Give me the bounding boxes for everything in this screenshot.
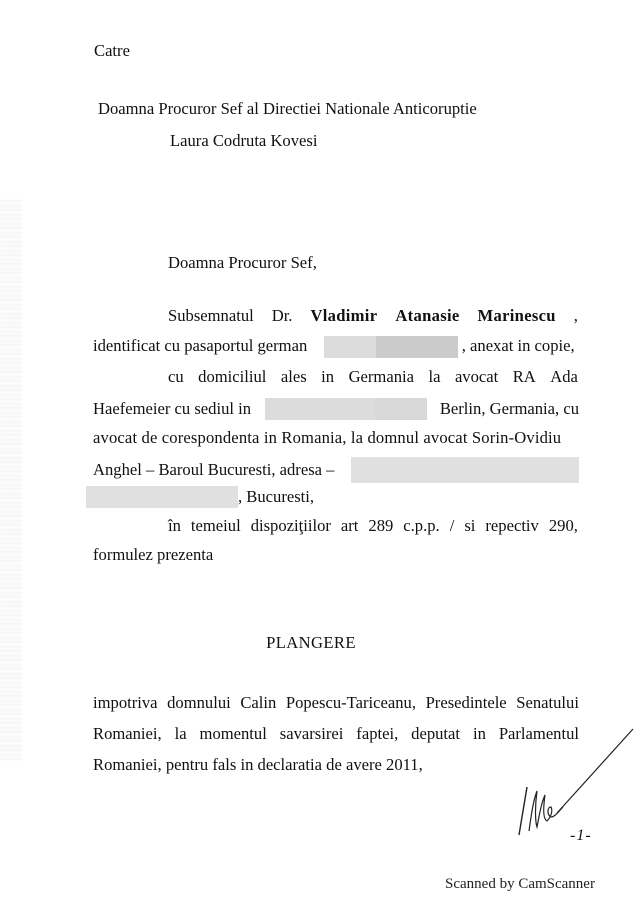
complainant-last-name: Marinescu — [478, 306, 556, 326]
body-line-3: Romaniei, pentru fals in declaratia de a… — [93, 755, 423, 775]
word: Calin — [240, 693, 276, 713]
scanner-watermark: Scanned by CamScanner — [445, 876, 595, 893]
word: cu — [168, 367, 184, 387]
word: Ada — [550, 367, 578, 387]
intro-line-4: Haefemeier cu sediul in Berlin, Germania… — [93, 398, 579, 420]
intro-word: Subsemnatul — [168, 306, 254, 326]
word: 290, — [549, 516, 578, 536]
word: impotriva — [93, 693, 158, 713]
complainant-middle-name: Atanasie — [395, 306, 459, 326]
word: avocat — [455, 367, 498, 387]
word: Popescu-Tariceanu, — [286, 693, 416, 713]
intro-line-8: întemeiuldispoziţiilorart289c.p.p./sirep… — [168, 516, 578, 536]
body-line-1: impotrivadomnuluiCalinPopescu-Tariceanu,… — [93, 693, 579, 713]
word: dispoziţiilor — [251, 516, 331, 536]
document-title: PLANGERE — [0, 633, 629, 653]
redaction-box — [375, 398, 427, 420]
word: în — [168, 516, 181, 536]
intro-text: Berlin, Germania, cu — [440, 399, 579, 419]
intro-line-1: Subsemnatul Dr. Vladimir Atanasie Marine… — [168, 306, 578, 326]
word: / — [450, 516, 455, 536]
intro-line-2: identificat cu pasaportul german , anexa… — [93, 336, 579, 358]
word: faptei, — [356, 724, 398, 744]
word: in — [321, 367, 334, 387]
word: in — [473, 724, 486, 744]
word: Romaniei, — [93, 724, 162, 744]
word: la — [175, 724, 187, 744]
intro-word: Dr. — [272, 306, 293, 326]
word: ales — [281, 367, 307, 387]
addressee-line-2: Laura Codruta Kovesi — [170, 131, 317, 151]
word: si — [464, 516, 475, 536]
scan-edge-artifact — [0, 200, 22, 760]
intro-text: Haefemeier cu sediul in — [93, 399, 251, 419]
word: repectiv — [485, 516, 538, 536]
intro-text: , anexat in copie, — [462, 336, 575, 355]
addressee-label: Catre — [94, 41, 130, 61]
word: domnului — [167, 693, 231, 713]
scanned-page: Catre Doamna Procuror Sef al Directiei N… — [0, 0, 636, 900]
word: c.p.p. — [403, 516, 439, 536]
word: Germania — [349, 367, 414, 387]
redaction-box — [265, 398, 375, 420]
word: RA — [513, 367, 536, 387]
addressee-line-1: Doamna Procuror Sef al Directiei Nationa… — [98, 99, 477, 119]
word: Senatului — [516, 693, 579, 713]
redaction-box — [86, 486, 238, 508]
word: Presedintele — [426, 693, 507, 713]
intro-line-5: avocat de corespondenta in Romania, la d… — [93, 428, 561, 448]
word: art — [341, 516, 359, 536]
intro-line-9: formulez prezenta — [93, 545, 213, 565]
complainant-first-name: Vladimir — [310, 306, 377, 326]
intro-word: , — [574, 306, 578, 326]
intro-text: Anghel – Baroul Bucuresti, adresa – — [93, 460, 334, 480]
redaction-box — [324, 336, 376, 358]
word: 289 — [368, 516, 393, 536]
redaction-box — [376, 336, 458, 358]
salutation: Doamna Procuror Sef, — [168, 253, 317, 273]
intro-line-7: , Bucuresti, — [86, 486, 314, 508]
word: la — [428, 367, 440, 387]
redaction-box — [351, 457, 579, 483]
page-number: -1- — [570, 826, 592, 846]
word: momentul — [200, 724, 267, 744]
word: temeiul — [191, 516, 241, 536]
intro-line-6: Anghel – Baroul Bucuresti, adresa – — [93, 457, 579, 483]
intro-text: identificat cu pasaportul german — [93, 336, 307, 355]
word: deputat — [411, 724, 460, 744]
word: savarsirei — [280, 724, 344, 744]
word: domiciliul — [198, 367, 266, 387]
intro-text: , Bucuresti, — [238, 487, 314, 507]
intro-line-3: cudomiciliulalesinGermanialaavocatRAAda — [168, 367, 578, 387]
